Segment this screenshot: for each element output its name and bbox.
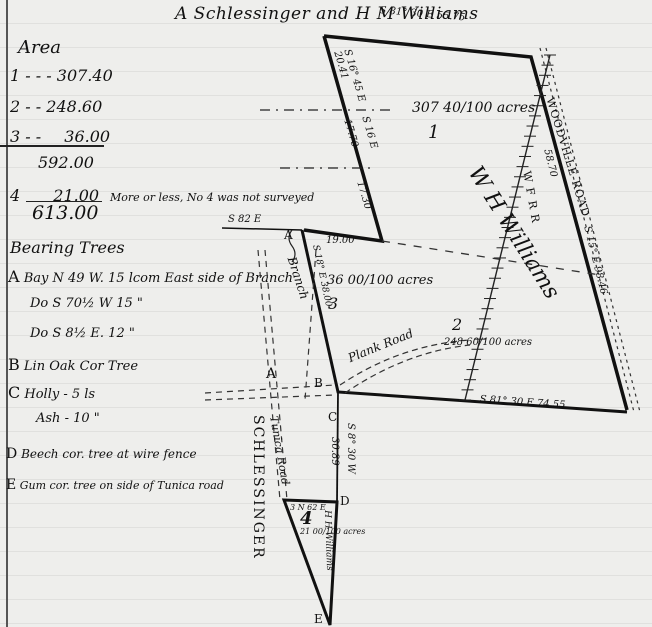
parcel-1-acres: 307 40/100 acres (412, 100, 535, 116)
corner-d: D (340, 494, 350, 508)
parcel-3-acres: 36 00/100 acres (327, 273, 433, 288)
call-south-dist: 30.89 (329, 437, 340, 466)
corner-a-mid: A (266, 366, 276, 382)
owner-schlessinger: SCHLESSINGER (250, 415, 266, 560)
parcel-2-acres: 248 60/100 acres (444, 337, 532, 348)
owner-williams-parcel4: H H Williams (322, 510, 334, 571)
dashed-boundary (382, 241, 600, 275)
parcel-2-3-boundary (302, 230, 627, 412)
parcel-3-number: 3 (328, 294, 338, 313)
call-west-line: S 82 E (228, 214, 261, 225)
corner-e: E (314, 612, 323, 626)
call-jog: 19.00 (326, 235, 355, 246)
parcel-4-number: 4 (300, 508, 313, 529)
parcel-2-number: 2 (452, 315, 462, 334)
call-south-line: S 8° 30 W (345, 423, 356, 474)
parcel-1-number: 1 (428, 122, 439, 143)
corner-b: B (314, 376, 323, 390)
corner-a-top: A (284, 228, 293, 242)
corner-c: C (328, 410, 337, 424)
